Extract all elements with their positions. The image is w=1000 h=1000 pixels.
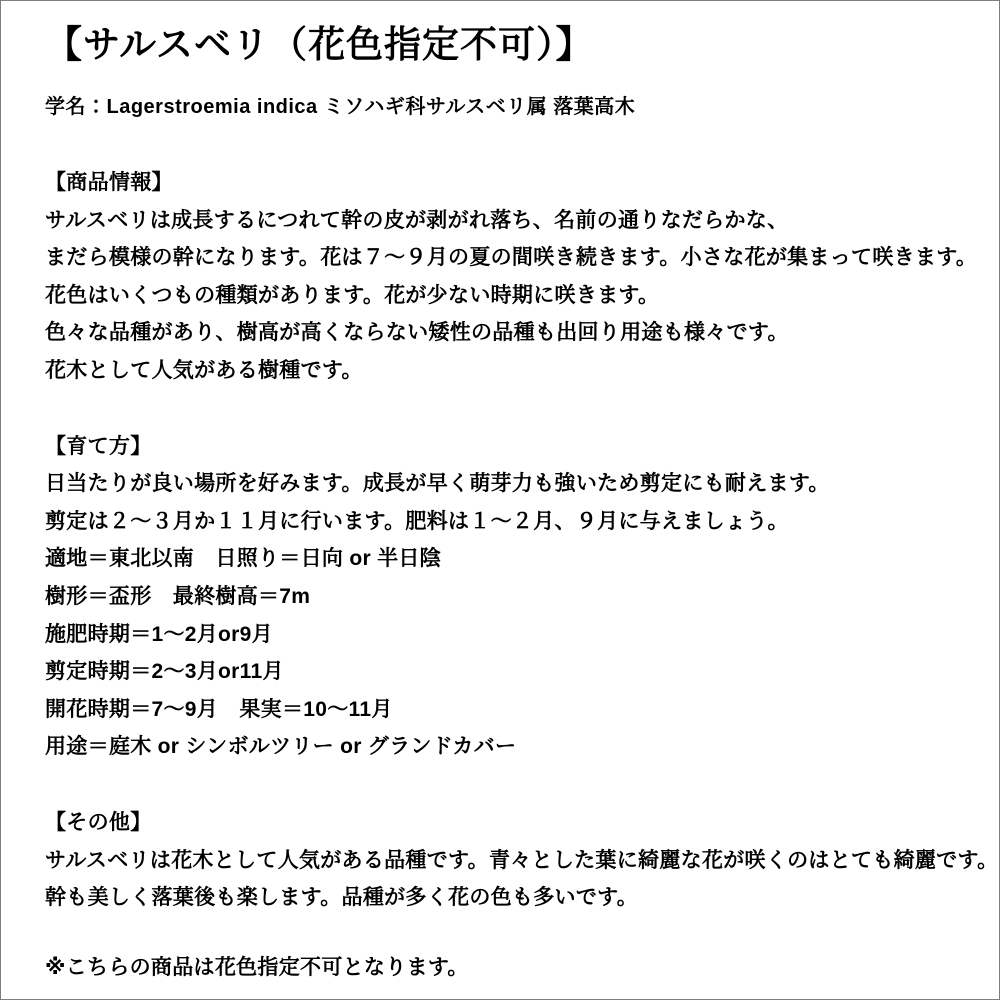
product-description-page: 【サルスベリ（花色指定不可）】 学名：Lagerstroemia indica …: [0, 0, 1000, 1000]
text-line: 剪定は２～３月か１１月に行います。肥料は１～２月、９月に与えましょう。: [45, 503, 993, 541]
section-care-guide-heading: 【育て方】: [45, 428, 993, 466]
color-disclaimer-note: ※こちらの商品は花色指定不可となります。: [45, 949, 993, 987]
text-line: サルスベリは花木として人気がある品種です。青々とした葉に綺麗な花が咲くのはとても…: [45, 842, 993, 880]
text-line: 色々な品種があり、樹高が高くならない矮性の品種も出回り用途も様々です。: [45, 314, 993, 352]
section-product-info: 【商品情報】 サルスベリは成長するにつれて幹の皮が剥がれ落ち、名前の通りなだらか…: [45, 164, 993, 390]
scientific-name-line: 学名：Lagerstroemia indica ミソハギ科サルスベリ属 落葉高木: [45, 93, 993, 122]
spec-line-flowering-period: 開花時期＝7～9月 果実＝10～11月: [45, 691, 993, 729]
spec-line-fertilizing-period: 施肥時期＝1～2月or9月: [45, 616, 993, 654]
section-other-heading: 【その他】: [45, 804, 993, 842]
section-other: 【その他】 サルスベリは花木として人気がある品種です。青々とした葉に綺麗な花が咲…: [45, 804, 993, 917]
spec-line-usage: 用途＝庭木 or シンボルツリー or グランドカバー: [45, 728, 993, 766]
text-line: 花木として人気がある樹種です。: [45, 352, 993, 390]
section-care-guide: 【育て方】 日当たりが良い場所を好みます。成長が早く萌芽力も強いため剪定にも耐え…: [45, 428, 993, 766]
page-title: 【サルスベリ（花色指定不可）】: [45, 23, 993, 67]
text-line: 花色はいくつもの種類があります。花が少ない時期に咲きます。: [45, 277, 993, 315]
spec-line-tree-shape-height: 樹形＝盃形 最終樹高＝7m: [45, 578, 993, 616]
text-line: サルスベリは成長するにつれて幹の皮が剥がれ落ち、名前の通りなだらかな、: [45, 202, 993, 240]
text-line: まだら模様の幹になります。花は７～９月の夏の間咲き続きます。小さな花が集まって咲…: [45, 239, 993, 277]
spec-line-pruning-period: 剪定時期＝2～3月or11月: [45, 653, 993, 691]
section-product-info-heading: 【商品情報】: [45, 164, 993, 202]
spec-line-suitable-area: 適地＝東北以南 日照り＝日向 or 半日陰: [45, 540, 993, 578]
text-line: 幹も美しく落葉後も楽します。品種が多く花の色も多いです。: [45, 879, 993, 917]
text-line: 日当たりが良い場所を好みます。成長が早く萌芽力も強いため剪定にも耐えます。: [45, 465, 993, 503]
